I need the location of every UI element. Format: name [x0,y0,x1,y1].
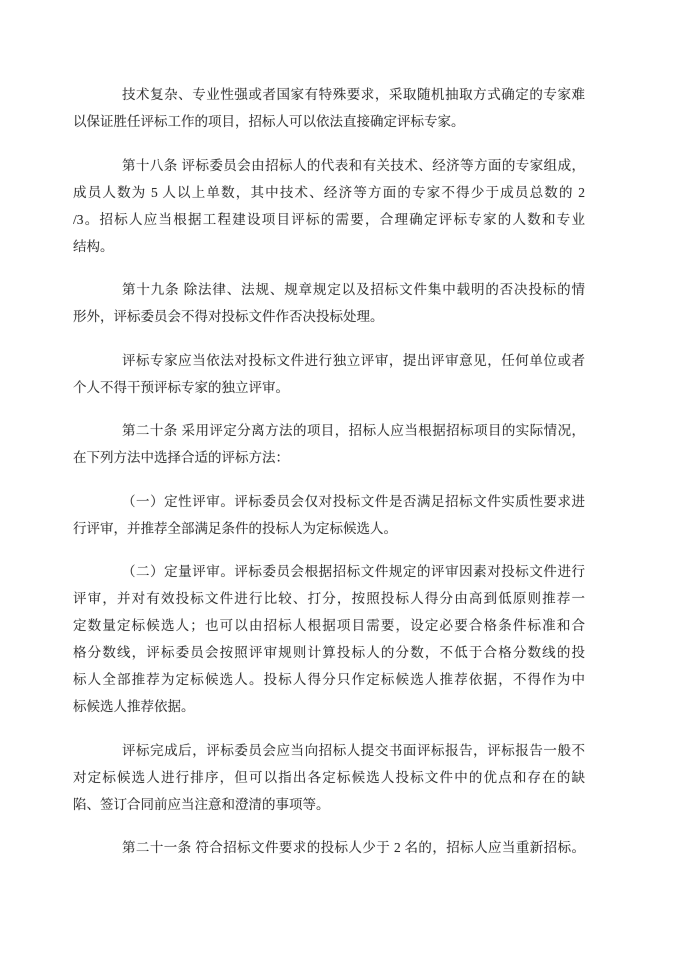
document-body: 技术复杂、专业性强或者国家有特殊要求，采取随机抽取方式确定的专家难以保证胜任评标… [73,81,585,861]
text-line: 评标专家应当依法对投标文件进行独立评审，提出评审意见，任何单位或者 [73,347,585,374]
text-line: 第十九条 除法律、法规、规章规定以及招标文件集中载明的否决投标的情 [73,276,585,303]
paragraph: 评标完成后，评标委员会应当向招标人提交书面评标报告，评标报告一般不对定标候选人进… [73,737,585,818]
text-line: 在下列方法中选择合适的评标方法： [73,444,585,471]
text-line: 对定标候选人进行排序，但可以指出各定标候选人投标文件中的优点和存在的缺 [73,764,585,791]
text-line: 行评审，并推荐全部满足条件的投标人为定标候选人。 [73,515,585,542]
text-line: 评标完成后，评标委员会应当向招标人提交书面评标报告，评标报告一般不 [73,737,585,764]
text-line: 形外，评标委员会不得对投标文件作否决投标处理。 [73,303,585,330]
paragraph: 第二十一条 符合招标文件要求的投标人少于 2 名的，招标人应当重新招标。 [73,834,585,861]
paragraph: 第二十条 采用评定分离方法的项目，招标人应当根据招标项目的实际情况，在下列方法中… [73,417,585,471]
paragraph: 第十九条 除法律、法规、规章规定以及招标文件集中载明的否决投标的情形外，评标委员… [73,276,585,330]
document-page: 技术复杂、专业性强或者国家有特殊要求，采取随机抽取方式确定的专家难以保证胜任评标… [73,81,585,861]
text-line: 标候选人推荐依据。 [73,693,585,720]
text-line: 以保证胜任评标工作的项目，招标人可以依法直接确定评标专家。 [73,108,585,135]
text-line: （一）定性评审。评标委员会仅对投标文件是否满足招标文件实质性要求进 [73,488,585,515]
text-line: 格分数线，评标委员会按照评审规则计算投标人的分数，不低于合格分数线的投 [73,639,585,666]
text-line: 结构。 [73,233,585,260]
text-line: 第十八条 评标委员会由招标人的代表和有关技术、经济等方面的专家组成， [73,152,585,179]
paragraph: （二）定量评审。评标委员会根据招标文件规定的评审因素对投标文件进行评审，并对有效… [73,558,585,720]
text-line: 个人不得干预评标专家的独立评审。 [73,374,585,401]
text-line: 技术复杂、专业性强或者国家有特殊要求，采取随机抽取方式确定的专家难 [73,81,585,108]
text-line: 第二十一条 符合招标文件要求的投标人少于 2 名的，招标人应当重新招标。 [73,834,585,861]
text-line: 第二十条 采用评定分离方法的项目，招标人应当根据招标项目的实际情况， [73,417,585,444]
text-line: 标人全部推荐为定标候选人。投标人得分只作定标候选人推荐依据，不得作为中 [73,666,585,693]
text-line: （二）定量评审。评标委员会根据招标文件规定的评审因素对投标文件进行 [73,558,585,585]
text-line: /3。招标人应当根据工程建设项目评标的需要，合理确定评标专家的人数和专业 [73,206,585,233]
paragraph: （一）定性评审。评标委员会仅对投标文件是否满足招标文件实质性要求进行评审，并推荐… [73,488,585,542]
paragraph: 技术复杂、专业性强或者国家有特殊要求，采取随机抽取方式确定的专家难以保证胜任评标… [73,81,585,135]
text-line: 陷、签订合同前应当注意和澄清的事项等。 [73,791,585,818]
paragraph: 第十八条 评标委员会由招标人的代表和有关技术、经济等方面的专家组成，成员人数为 … [73,152,585,260]
text-line: 评审，并对有效投标文件进行比较、打分，按照投标人得分由高到低原则推荐一 [73,585,585,612]
paragraph: 评标专家应当依法对投标文件进行独立评审，提出评审意见，任何单位或者个人不得干预评… [73,347,585,401]
text-line: 成员人数为 5 人以上单数，其中技术、经济等方面的专家不得少于成员总数的 2 [73,179,585,206]
text-line: 定数量定标候选人；也可以由招标人根据项目需要，设定必要合格条件标准和合 [73,612,585,639]
